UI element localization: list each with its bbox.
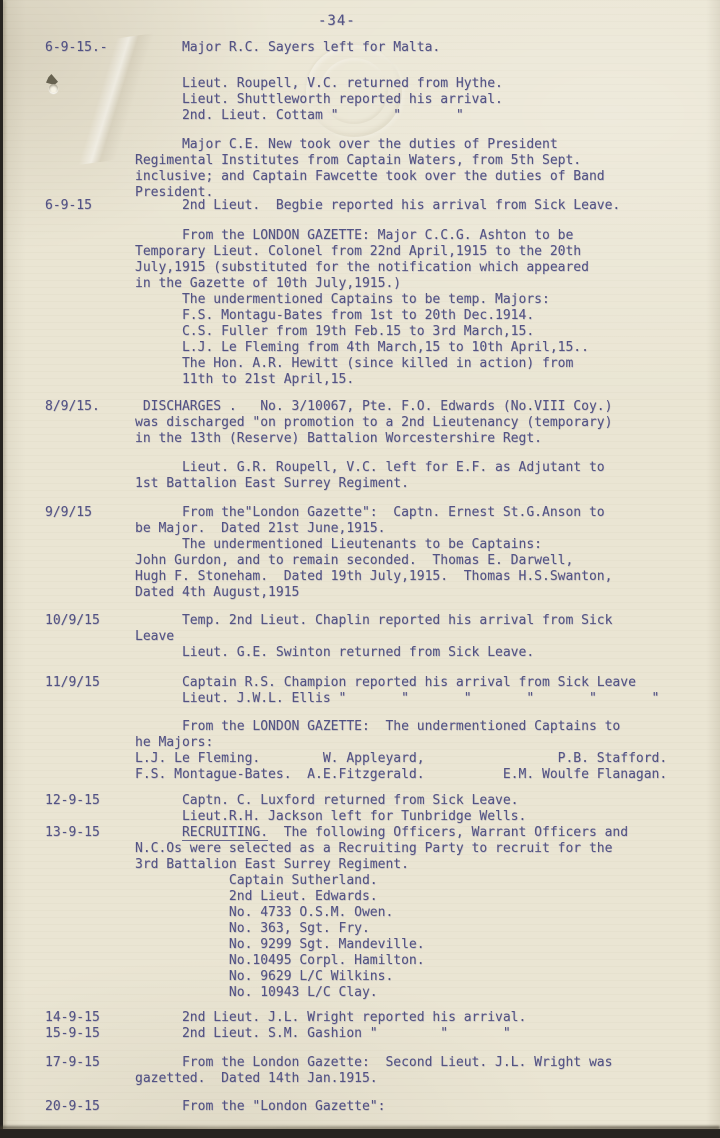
diary-entry: 13-9-15 RECRUITING. The following Office… [135,825,713,1001]
diary-entry: 17-9-15 From the London Gazette: Second … [135,1055,713,1087]
text-segment [135,825,182,840]
entry-line: Lieut. J.W.L. Ellis " " " " " " [135,691,713,707]
entry-line: No. 9629 L/C Wilkins. [135,969,713,985]
entry-line: 1st Battalion East Surrey Regiment. [135,476,713,492]
entry-line: Lieut. G.R. Roupell, V.C. left for E.F. … [135,460,713,476]
entry-line: Temp. 2nd Lieut. Chaplin reported his ar… [135,613,713,629]
entry-date: 20-9-15 [45,1099,100,1115]
diary-entry: 8/9/15. DISCHARGES . No. 3/10067, Pte. F… [135,399,713,447]
entry-line: No. 363, Sgt. Fry. [135,921,713,937]
entry-line: The Hon. A.R. Hewitt (since killed in ac… [135,356,713,372]
diary-entry: 9/9/15 From the"London Gazette": Captn. … [135,505,713,601]
entry-line: Hugh F. Stoneham. Dated 19th July,1915. … [135,569,713,585]
diary-entry: From the LONDON GAZETTE: Major C.C.G. As… [135,228,713,388]
diary-entry: 6-9-15.- Major R.C. Sayers left for Malt… [135,40,713,56]
entry-date: 15-9-15 [45,1026,100,1042]
entry-line: in the Gazette of 10th July,1915.) [135,276,713,292]
text-segment: The following Officers, Warrant Officers… [268,825,628,840]
entry-line: John Gurdon, and to remain seconded. Tho… [135,553,713,569]
entry-line: in the 13th (Reserve) Battalion Worceste… [135,431,713,447]
diary-entry: 12-9-15 Captn. C. Luxford returned from … [135,793,713,825]
scan-edge-left [0,0,3,1138]
diary-entry: Lieut. G.R. Roupell, V.C. left for E.F. … [135,460,713,492]
entry-line: Major C.E. New took over the duties of P… [135,137,713,153]
entry-date: 10/9/15 [45,613,100,629]
entry-line: inclusive; and Captain Fawcette took ove… [135,169,713,185]
entry-line: The undermentioned Captains to be temp. … [135,292,713,308]
entry-line: Regimental Institutes from Captain Water… [135,153,713,169]
entry-line: F.S. Montague-Bates. A.E.Fitzgerald. E.M… [135,767,713,783]
underlined-heading: RECRUITING. [182,825,268,841]
entry-line: 2nd Lieut. J.L. Wright reported his arri… [135,1010,713,1026]
diary-entry: 14-9-15 2nd Lieut. J.L. Wright reported … [135,1010,713,1026]
entry-line: Captn. C. Luxford returned from Sick Lea… [135,793,713,809]
entry-line: Lieut. G.E. Swinton returned from Sick L… [135,645,713,661]
diary-entry: Major C.E. New took over the duties of P… [135,137,713,201]
entry-line: F.S. Montagu-Bates from 1st to 20th Dec.… [135,308,713,324]
entry-line: Captain R.S. Champion reported his arriv… [135,675,713,691]
entry-line: From the LONDON GAZETTE: Major C.C.G. As… [135,228,713,244]
entry-date: 6-9-15.- [45,40,108,56]
entry-line: 2nd Lieut. Edwards. [135,889,713,905]
entry-line: Lieut.R.H. Jackson left for Tunbridge We… [135,809,713,825]
entry-line: Leave [135,629,713,645]
entry-line: Lieut. Roupell, V.C. returned from Hythe… [135,76,713,92]
entry-line: he Majors: [135,735,713,751]
scan-edge-bottom [0,1129,720,1138]
entry-date: 13-9-15 [45,825,100,841]
entry-line: Captain Sutherland. [135,873,713,889]
scanned-diary-page: -34- 6-9-15.- Major R.C. Sayers left for… [0,0,720,1138]
entry-line: N.C.Os were selected as a Recruiting Par… [135,841,713,857]
entry-line: From the London Gazette: Second Lieut. J… [135,1055,713,1071]
entry-line: From the LONDON GAZETTE: The undermentio… [135,719,713,735]
entry-line: was discharged "on promotion to a 2nd Li… [135,415,713,431]
diary-entry: 6-9-15 2nd Lieut. Begbie reported his ar… [135,198,713,214]
entry-line: L.J. Le Fleming. W. Appleyard, P.B. Staf… [135,751,713,767]
entry-date: 11/9/15 [45,675,100,691]
entry-line: Temporary Lieut. Colonel from 22nd April… [135,244,713,260]
entry-line: C.S. Fuller from 19th Feb.15 to 3rd Marc… [135,324,713,340]
entry-date: 6-9-15 [45,198,92,214]
entry-date: 12-9-15 [45,793,100,809]
entries-layer: 6-9-15.- Major R.C. Sayers left for Malt… [0,0,720,1138]
entry-line: 11th to 21st April,15. [135,372,713,388]
entry-line: July,1915 (substituted for the notificat… [135,260,713,276]
entry-date: 9/9/15 [45,505,92,521]
diary-entry: 10/9/15 Temp. 2nd Lieut. Chaplin reporte… [135,613,713,661]
diary-entry: 20-9-15 From the "London Gazette": [135,1099,713,1115]
entry-line: Major R.C. Sayers left for Malta. [135,40,713,56]
entry-date: 17-9-15 [45,1055,100,1071]
diary-entry: Lieut. Roupell, V.C. returned from Hythe… [135,76,713,124]
entry-date: 14-9-15 [45,1010,100,1026]
entry-line: 2nd Lieut. S.M. Gashion " " " [135,1026,713,1042]
entry-line: No. 9299 Sgt. Mandeville. [135,937,713,953]
entry-line: The undermentioned Lieutenants to be Cap… [135,537,713,553]
entry-line: gazetted. Dated 14th Jan.1915. [135,1071,713,1087]
entry-line: 2nd. Lieut. Cottam " " " [135,108,713,124]
entry-line: L.J. Le Fleming from 4th March,15 to 10t… [135,340,713,356]
entry-line: From the"London Gazette": Captn. Ernest … [135,505,713,521]
entry-line: RECRUITING. The following Officers, Warr… [135,825,713,841]
entry-line: No. 10943 L/C Clay. [135,985,713,1001]
entry-line: No. 4733 O.S.M. Owen. [135,905,713,921]
entry-line: 2nd Lieut. Begbie reported his arrival f… [135,198,713,214]
entry-date: 8/9/15. [45,399,100,415]
entry-line: From the "London Gazette": [135,1099,713,1115]
entry-line: No.10495 Corpl. Hamilton. [135,953,713,969]
entry-line: 3rd Battalion East Surrey Regiment. [135,857,713,873]
entry-line: Lieut. Shuttleworth reported his arrival… [135,92,713,108]
entry-line: DISCHARGES . No. 3/10067, Pte. F.O. Edwa… [135,399,713,415]
diary-entry: 15-9-15 2nd Lieut. S.M. Gashion " " " [135,1026,713,1042]
diary-entry: 11/9/15 Captain R.S. Champion reported h… [135,675,713,707]
entry-line: be Major. Dated 21st June,1915. [135,521,713,537]
diary-entry: From the LONDON GAZETTE: The undermentio… [135,719,713,783]
entry-line: Dated 4th August,1915 [135,585,713,601]
